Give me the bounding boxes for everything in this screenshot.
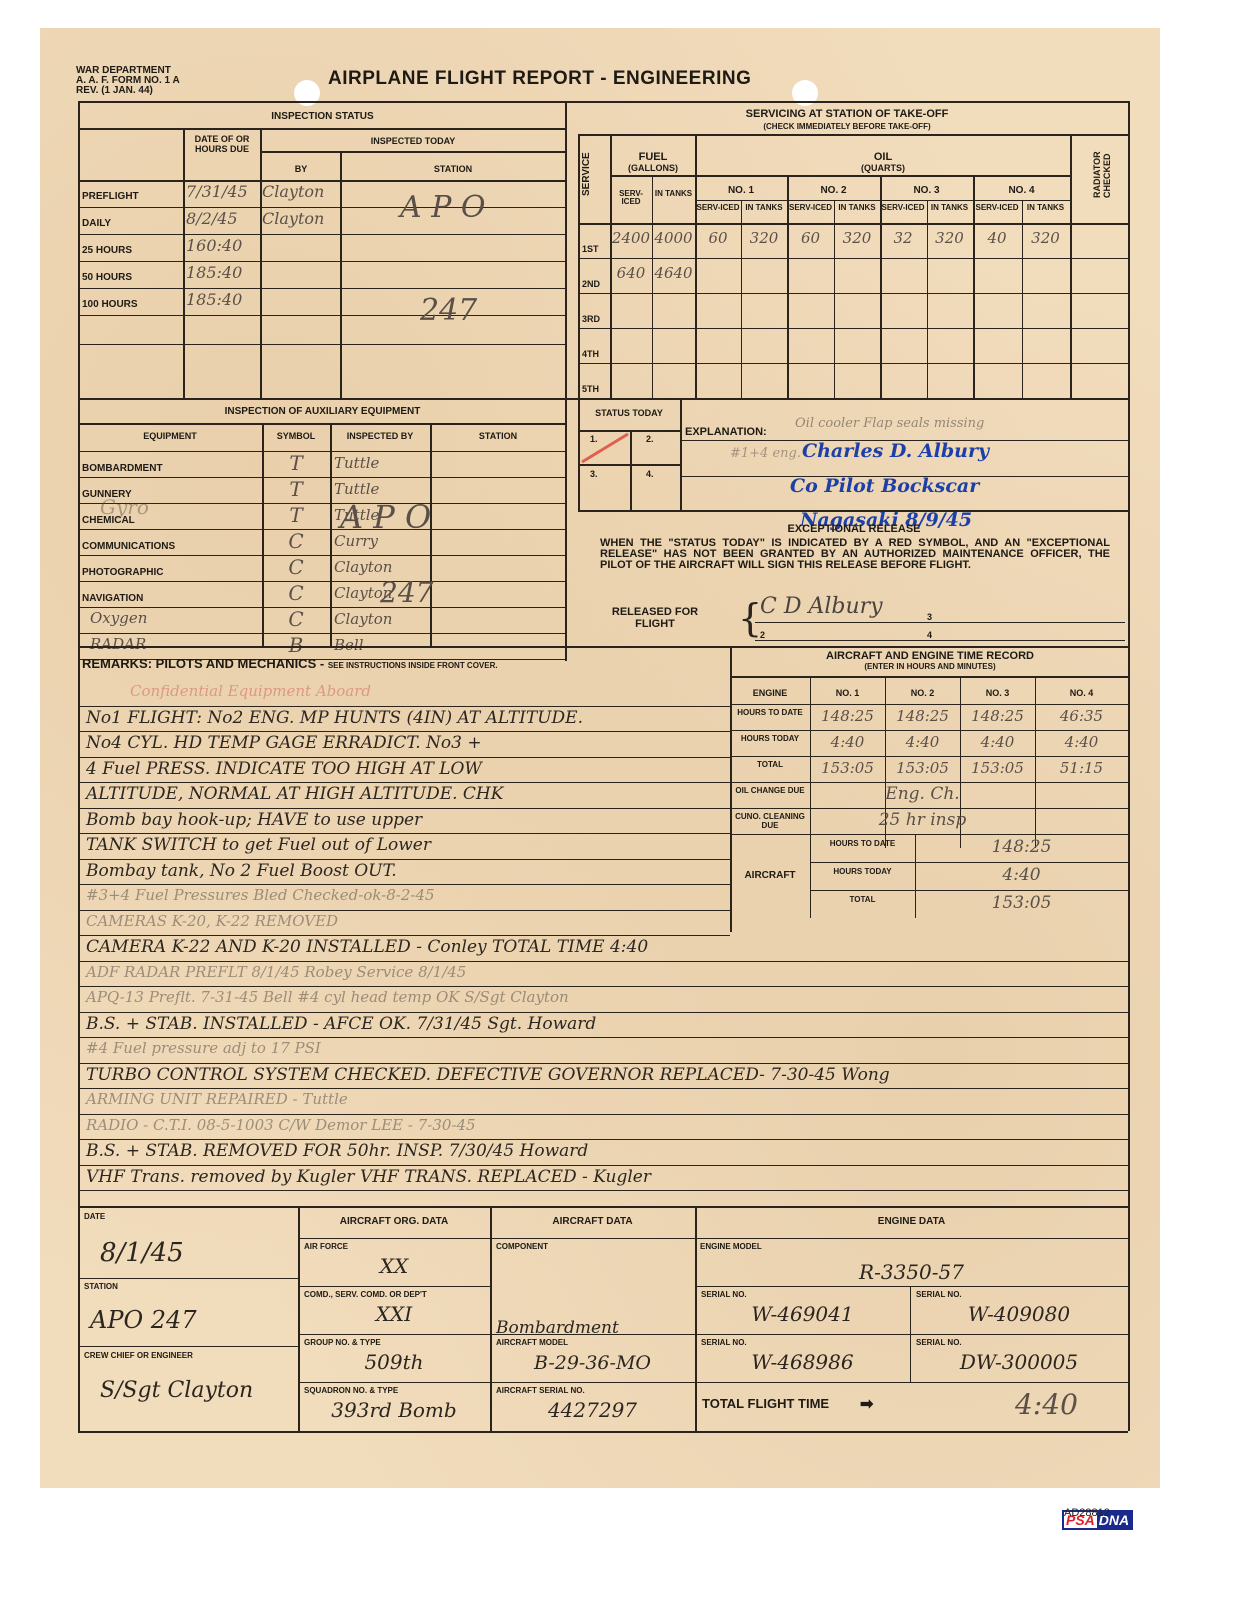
inspection-station: A P O xyxy=(400,190,486,225)
service-row-label: 1ST xyxy=(582,244,599,254)
time-record-subtitle: (ENTER IN HOURS AND MINUTES) xyxy=(732,662,1128,671)
service-value: 320 xyxy=(1021,229,1070,247)
squadron-value: 393rd Bomb xyxy=(298,1398,490,1422)
date-value: 8/1/45 xyxy=(100,1238,184,1268)
inspection-status-title: INSPECTION STATUS xyxy=(80,111,565,122)
oil-engine-header: NO. 3 xyxy=(880,185,973,196)
inspection-due-value: 7/31/45 xyxy=(186,182,248,201)
inspection-station-number: 247 xyxy=(420,293,477,328)
engine-number-header: NO. 2 xyxy=(885,688,960,698)
remark-line: Bombay tank, No 2 Fuel Boost OUT. xyxy=(86,861,397,881)
aux-symbol: C xyxy=(262,607,330,631)
engine-col-header: ENGINE xyxy=(730,688,810,698)
red-diagonal-symbol xyxy=(580,432,630,464)
arrow-right-icon: ➡ xyxy=(860,1394,873,1414)
engine-model-value: R-3350-57 xyxy=(695,1260,1128,1284)
serviced-col-header: SERV-ICED xyxy=(880,204,926,212)
service-value: 40 xyxy=(973,229,1021,247)
total-flight-time-label: TOTAL FLIGHT TIME xyxy=(702,1396,829,1411)
serviced-col-header: SERV-ICED xyxy=(610,190,652,206)
aircraft-serial-value: 4427297 xyxy=(490,1398,695,1422)
gyro-overwrite: Gyro xyxy=(100,495,149,519)
serviced-col-header: SERV-ICED xyxy=(695,204,741,212)
service-value: 320 xyxy=(834,229,880,247)
aux-symbol: T xyxy=(262,477,330,501)
engine-serial-label: SERIAL NO. xyxy=(701,1338,747,1347)
component-value: Bombardment xyxy=(496,1318,619,1338)
remark-line: CAMERA K-22 AND K-20 INSTALLED - Conley … xyxy=(86,937,648,957)
aux-symbol: C xyxy=(262,529,330,553)
release-slot-3: 3 xyxy=(927,612,932,622)
cuno-cleaning-label: CUNO. CLEANING DUE xyxy=(730,812,810,830)
remark-line: TURBO CONTROL SYSTEM CHECKED. DEFECTIVE … xyxy=(86,1065,890,1085)
aircraft-model-label: AIRCRAFT MODEL xyxy=(496,1338,568,1347)
oil-header: OIL(QUARTS) xyxy=(697,152,1069,174)
remark-line: #4 Fuel pressure adj to 17 PSI xyxy=(86,1039,321,1057)
time-value: 4:40 xyxy=(1035,733,1128,751)
station-value: APO 247 xyxy=(90,1306,197,1334)
aux-inspected-by: Tuttle xyxy=(334,480,379,498)
engine-serial-label: SERIAL NO. xyxy=(916,1338,962,1347)
release-slot-2: 2 xyxy=(760,630,765,640)
aux-symbol: B xyxy=(262,633,330,657)
engine-serial-label: SERIAL NO. xyxy=(701,1290,747,1299)
remark-line: Confidential Equipment Aboard xyxy=(130,682,371,700)
cert-id: AD28812 xyxy=(1064,1507,1110,1519)
aircraft-time-value: 153:05 xyxy=(915,893,1128,913)
aux-symbol: T xyxy=(262,451,330,475)
radiator-checked-label: RADIATOR CHECKED xyxy=(1092,143,1112,198)
in-tanks-col-header: IN TANKS xyxy=(741,204,787,212)
remark-line: ALTITUDE, NORMAL AT HIGH ALTITUDE. CHK xyxy=(86,784,503,804)
aircraft-org-data-title: AIRCRAFT ORG. DATA xyxy=(298,1216,490,1227)
col-inspected-today: INSPECTED TODAY xyxy=(262,136,564,146)
release-signature: C D Albury xyxy=(760,594,883,619)
aux-equipment-title: INSPECTION OF AUXILIARY EQUIPMENT xyxy=(80,406,565,417)
in-tanks-col-header: IN TANKS xyxy=(1021,204,1070,212)
revision: REV. (1 JAN. 44) xyxy=(76,86,180,96)
remark-line: ADF RADAR PREFLT 8/1/45 Robey Service 8/… xyxy=(86,963,466,981)
explanation-line-2: #1+4 eng. xyxy=(730,446,801,461)
col-date-due: DATE OF OR HOURS DUE xyxy=(187,134,257,154)
time-row-label: HOURS TO DATE xyxy=(730,708,810,717)
inspection-due-value: 8/2/45 xyxy=(186,209,238,228)
remark-line: CAMERAS K-20, K-22 REMOVED xyxy=(86,912,338,930)
in-tanks-col-header: IN TANKS xyxy=(652,190,695,198)
command-value: XXI xyxy=(298,1302,490,1326)
oil-change-value: Eng. Ch. xyxy=(810,784,1035,804)
cuno-cleaning-value: 25 hr insp xyxy=(810,810,1035,830)
group-value: 509th xyxy=(298,1350,490,1374)
remark-line: No4 CYL. HD TEMP GAGE ERRADICT. No3 + xyxy=(86,733,482,753)
fuel-header: FUEL(GALLONS) xyxy=(612,152,694,174)
aux-equipment-name: PHOTOGRAPHIC xyxy=(82,567,164,578)
aux-col-header: STATION xyxy=(430,431,566,441)
station-label: STATION xyxy=(84,1282,118,1291)
flight-report-form: WAR DEPARTMENT A. A. F. FORM NO. 1 A REV… xyxy=(40,28,1160,1488)
inspection-row-label: DAILY xyxy=(82,218,111,229)
aircraft-model-value: B-29-36-MO xyxy=(490,1352,695,1374)
date-label: DATE xyxy=(84,1212,105,1221)
exceptional-release-title: EXCEPTIONAL RELEASE xyxy=(580,523,1128,535)
in-tanks-col-header: IN TANKS xyxy=(926,204,973,212)
aux-station: A P O xyxy=(340,498,431,536)
remark-line: VHF Trans. removed by Kugler VHF TRANS. … xyxy=(86,1167,651,1187)
inspection-row-label: 50 HOURS xyxy=(82,272,132,283)
time-value: 153:05 xyxy=(810,759,885,777)
engine-data-title: ENGINE DATA xyxy=(695,1216,1128,1227)
service-value: 320 xyxy=(926,229,973,247)
aux-equipment-name: NAVIGATION xyxy=(82,593,143,604)
aircraft-data-title: AIRCRAFT DATA xyxy=(490,1216,695,1227)
aux-inspected-by: Clayton xyxy=(334,558,392,576)
inspection-by-value: Clayton xyxy=(262,182,324,201)
aux-equipment-name: BOMBARDMENT xyxy=(82,463,163,474)
in-tanks-col-header: IN TANKS xyxy=(834,204,880,212)
time-value: 46:35 xyxy=(1035,707,1128,725)
time-row-label: TOTAL xyxy=(730,760,810,769)
aux-equipment-name: COMMUNICATIONS xyxy=(82,541,175,552)
status-cell-3: 3. xyxy=(590,469,598,479)
aircraft-time-value: 148:25 xyxy=(915,837,1128,857)
aux-station-number: 247 xyxy=(380,576,433,609)
command-label: COMD., SERV. COMD. OR DEP'T xyxy=(304,1290,427,1299)
time-value: 4:40 xyxy=(885,733,960,751)
inspection-row-label: 25 HOURS xyxy=(82,245,132,256)
service-row-label: 4TH xyxy=(582,349,599,359)
engine-serial-value: DW-300005 xyxy=(910,1350,1128,1374)
remark-line: RADIO - C.T.I. 08-5-1003 C/W Demor LEE -… xyxy=(86,1116,476,1134)
engine-number-header: NO. 3 xyxy=(960,688,1035,698)
service-value: 640 xyxy=(610,264,652,282)
released-for-flight-label: RELEASED FOR FLIGHT xyxy=(595,606,715,630)
crew-chief-label: CREW CHIEF OR ENGINEER xyxy=(84,1351,193,1360)
remark-line: APQ-13 Preflt. 7-31-45 Bell #4 cyl head … xyxy=(86,988,569,1006)
form-id: WAR DEPARTMENT A. A. F. FORM NO. 1 A REV… xyxy=(76,66,180,96)
exceptional-release-text: WHEN THE "STATUS TODAY" IS INDICATED BY … xyxy=(600,538,1110,571)
time-value: 4:40 xyxy=(960,733,1035,751)
service-row-label: 3RD xyxy=(582,314,600,324)
explanation-line-1: Oil cooler Flap seals missing xyxy=(795,416,984,431)
air-force-value: XX xyxy=(298,1254,490,1278)
engine-number-header: NO. 4 xyxy=(1035,688,1128,698)
aux-symbol: C xyxy=(262,581,330,605)
status-cell-4: 4. xyxy=(646,469,654,479)
time-value: 148:25 xyxy=(885,707,960,725)
aircraft-time-label: HOURS TODAY xyxy=(810,867,915,876)
service-label: SERVICE xyxy=(581,156,592,196)
service-value: 4640 xyxy=(652,264,695,282)
remark-line: B.S. + STAB. REMOVED FOR 50hr. INSP. 7/3… xyxy=(86,1141,588,1161)
aircraft-serial-label: AIRCRAFT SERIAL NO. xyxy=(496,1386,585,1395)
aux-inspected-by: Bell xyxy=(334,636,364,654)
service-value: 60 xyxy=(787,229,834,247)
serviced-col-header: SERV-ICED xyxy=(973,204,1021,212)
remark-line: #3+4 Fuel Pressures Bled Checked-ok-8-2-… xyxy=(86,886,435,904)
status-cell-2: 2. xyxy=(646,434,654,444)
aux-inspected-by: Tuttle xyxy=(334,454,379,472)
aux-inspected-by: Clayton xyxy=(334,610,392,628)
oil-engine-header: NO. 2 xyxy=(787,185,880,196)
remark-line: Bomb bay hook-up; HAVE to use upper xyxy=(86,810,422,830)
aircraft-time-value: 4:40 xyxy=(915,865,1128,885)
engine-serial-value: W-469041 xyxy=(695,1302,910,1326)
inspection-by-value: Clayton xyxy=(262,209,324,228)
time-value: 51:15 xyxy=(1035,759,1128,777)
inspection-due-value: 185:40 xyxy=(186,263,242,282)
release-slot-4: 4 xyxy=(927,630,932,640)
remark-line: ARMING UNIT REPAIRED - Tuttle xyxy=(86,1090,348,1108)
engine-number-header: NO. 1 xyxy=(810,688,885,698)
col-station: STATION xyxy=(342,164,564,174)
remark-line: No1 FLIGHT: No2 ENG. MP HUNTS (4IN) AT A… xyxy=(86,708,583,728)
remark-line: TANK SWITCH to get Fuel out of Lower xyxy=(86,835,431,855)
serviced-col-header: SERV-ICED xyxy=(787,204,834,212)
engine-serial-label: SERIAL NO. xyxy=(916,1290,962,1299)
inspection-row-label: PREFLIGHT xyxy=(82,191,139,202)
component-label: COMPONENT xyxy=(496,1242,548,1251)
engine-serial-value: W-409080 xyxy=(910,1302,1128,1326)
servicing-title: SERVICING AT STATION OF TAKE-OFF xyxy=(568,108,1126,120)
oil-engine-header: NO. 4 xyxy=(973,185,1070,196)
service-row-label: 2ND xyxy=(582,279,600,289)
remark-line: 4 Fuel PRESS. INDICATE TOO HIGH AT LOW xyxy=(86,759,482,779)
col-by: BY xyxy=(262,164,340,174)
servicing-subtitle: (CHECK IMMEDIATELY BEFORE TAKE-OFF) xyxy=(568,122,1126,131)
status-today-title: STATUS TODAY xyxy=(580,408,678,418)
service-value: 2400 xyxy=(610,229,652,247)
aux-col-header: EQUIPMENT xyxy=(78,431,262,441)
inspection-row-label: 100 HOURS xyxy=(82,299,138,310)
aircraft-time-label: TOTAL xyxy=(810,895,915,904)
squadron-label: SQUADRON NO. & TYPE xyxy=(304,1386,398,1395)
time-value: 148:25 xyxy=(810,707,885,725)
time-row-label: HOURS TODAY xyxy=(730,734,810,743)
service-row-label: 5TH xyxy=(582,384,599,394)
service-value: 320 xyxy=(741,229,787,247)
explanation-label: EXPLANATION: xyxy=(685,426,767,438)
service-value: 60 xyxy=(695,229,741,247)
group-label: GROUP NO. & TYPE xyxy=(304,1338,381,1347)
service-value: 32 xyxy=(880,229,926,247)
signature-albury: Charles D. Albury xyxy=(802,440,989,462)
signature-copilot-bockscar: Co Pilot Bockscar xyxy=(790,475,979,497)
time-value: 153:05 xyxy=(885,759,960,777)
remark-line: B.S. + STAB. INSTALLED - AFCE OK. 7/31/4… xyxy=(86,1014,596,1034)
air-force-label: AIR FORCE xyxy=(304,1242,348,1251)
aux-equipment-name: RADAR xyxy=(90,635,146,653)
oil-change-label: OIL CHANGE DUE xyxy=(730,786,810,795)
time-value: 4:40 xyxy=(810,733,885,751)
aircraft-label: AIRCRAFT xyxy=(730,870,810,881)
time-value: 153:05 xyxy=(960,759,1035,777)
aux-equipment-name: Oxygen xyxy=(90,609,147,627)
remarks-title: REMARKS: PILOTS AND MECHANICS - SEE INST… xyxy=(82,656,498,671)
aux-symbol: C xyxy=(262,555,330,579)
time-value: 148:25 xyxy=(960,707,1035,725)
aux-symbol: T xyxy=(262,503,330,527)
engine-model-label: ENGINE MODEL xyxy=(700,1242,762,1251)
inspection-due-value: 185:40 xyxy=(186,290,242,309)
crew-chief-value: S/Sgt Clayton xyxy=(100,1378,253,1403)
total-flight-time-value: 4:40 xyxy=(1015,1388,1078,1421)
page-title: AIRPLANE FLIGHT REPORT - ENGINEERING xyxy=(328,68,751,90)
oil-engine-header: NO. 1 xyxy=(695,185,787,196)
time-record-title: AIRCRAFT AND ENGINE TIME RECORD xyxy=(732,650,1128,662)
aircraft-time-label: HOURS TO DATE xyxy=(810,839,915,848)
inspection-due-value: 160:40 xyxy=(186,236,242,255)
aux-col-header: SYMBOL xyxy=(262,431,330,441)
engine-serial-value: W-468986 xyxy=(695,1350,910,1374)
aux-col-header: INSPECTED BY xyxy=(330,431,430,441)
service-value: 4000 xyxy=(652,229,695,247)
